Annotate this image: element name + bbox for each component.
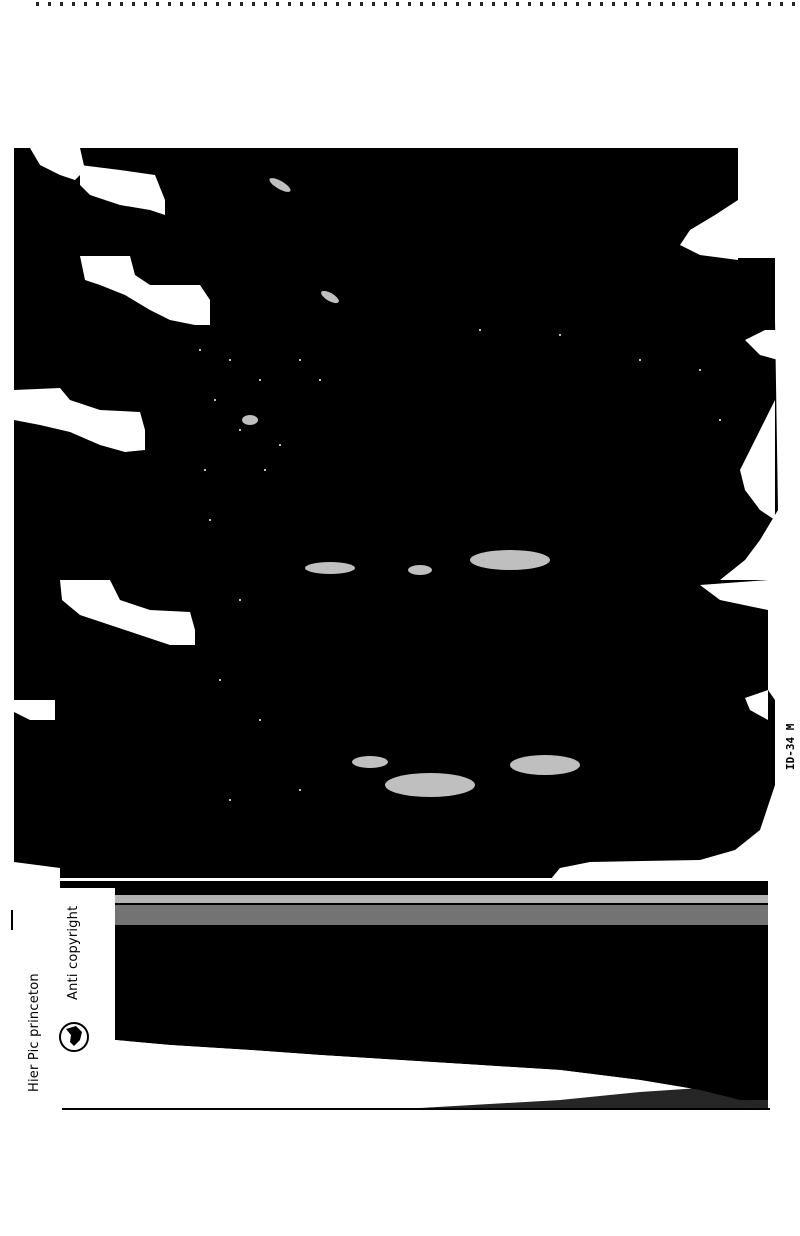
globe-icon — [58, 1020, 90, 1054]
scan-mark — [11, 910, 13, 930]
scanned-photograph — [0, 0, 800, 1236]
caption-line-2: Anti copyright — [66, 906, 81, 1000]
bottom-border-line — [62, 1108, 770, 1110]
side-label: ID-34 M — [784, 724, 797, 770]
caption-line-1: Hier Pic princeton — [27, 973, 42, 1092]
